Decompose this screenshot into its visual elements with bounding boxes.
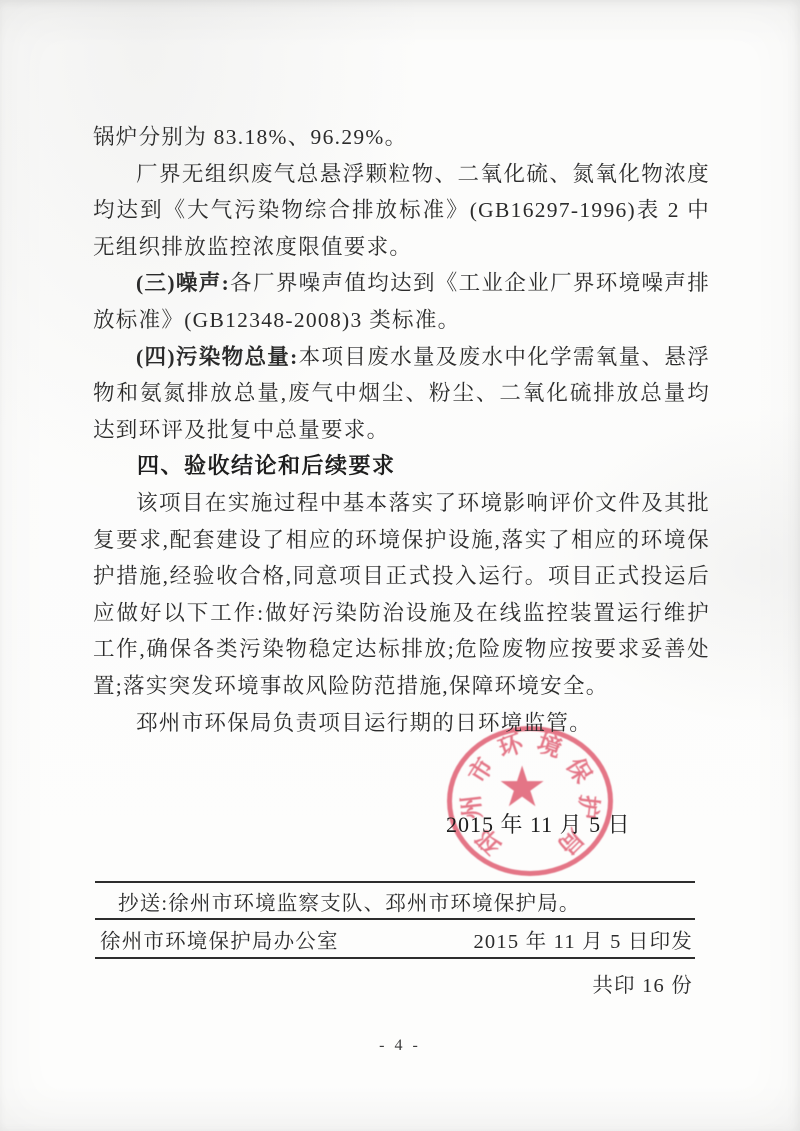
document-footer: 抄送:徐州市环境监察支队、邳州市环境保护局。 徐州市环境保护局办公室 2015 …	[95, 881, 695, 998]
paragraph: 邳州市环保局负责项目运行期的日环境监管。	[93, 705, 710, 742]
official-seal: ★ 邳州市环境保护局	[447, 726, 613, 876]
cc-line: 抄送:徐州市环境监察支队、邳州市环境保护局。	[95, 883, 695, 920]
print-date: 2015 年 11 月 5 日印发	[473, 924, 693, 954]
document-body: 锅炉分别为 83.18%、96.29%。 厂界无组织废气总悬浮颗粒物、二氧化硫、…	[93, 119, 710, 741]
document-page: 锅炉分别为 83.18%、96.29%。 厂界无组织废气总悬浮颗粒物、二氧化硫、…	[0, 0, 800, 1131]
paragraph: 该项目在实施过程中基本落实了环境影响评价文件及其批复要求,配套建设了相应的环境保…	[93, 485, 710, 705]
issuing-office: 徐州市环境保护局办公室	[100, 924, 339, 954]
paragraph-label: (四)污染物总量:	[136, 345, 299, 369]
copies-count: 共印 16 份	[95, 959, 695, 998]
paragraph: (三)噪声:各厂界噪声值均达到《工业企业厂界环境噪声排放标准》(GB12348-…	[93, 265, 710, 338]
paragraph: 锅炉分别为 83.18%、96.29%。	[93, 119, 710, 156]
section-heading: 四、验收结论和后续要求	[93, 448, 710, 485]
paragraph: 厂界无组织废气总悬浮颗粒物、二氧化硫、氮氧化物浓度均达到《大气污染物综合排放标准…	[93, 156, 710, 266]
issue-line: 徐州市环境保护局办公室 2015 年 11 月 5 日印发	[95, 920, 695, 959]
page-number: - 4 -	[0, 1037, 800, 1055]
document-date: 2015 年 11 月 5 日	[446, 808, 631, 839]
paragraph-label: (三)噪声:	[136, 271, 230, 295]
paragraph: (四)污染物总量:本项目废水量及废水中化学需氧量、悬浮物和氨氮排放总量,废气中烟…	[93, 339, 710, 449]
